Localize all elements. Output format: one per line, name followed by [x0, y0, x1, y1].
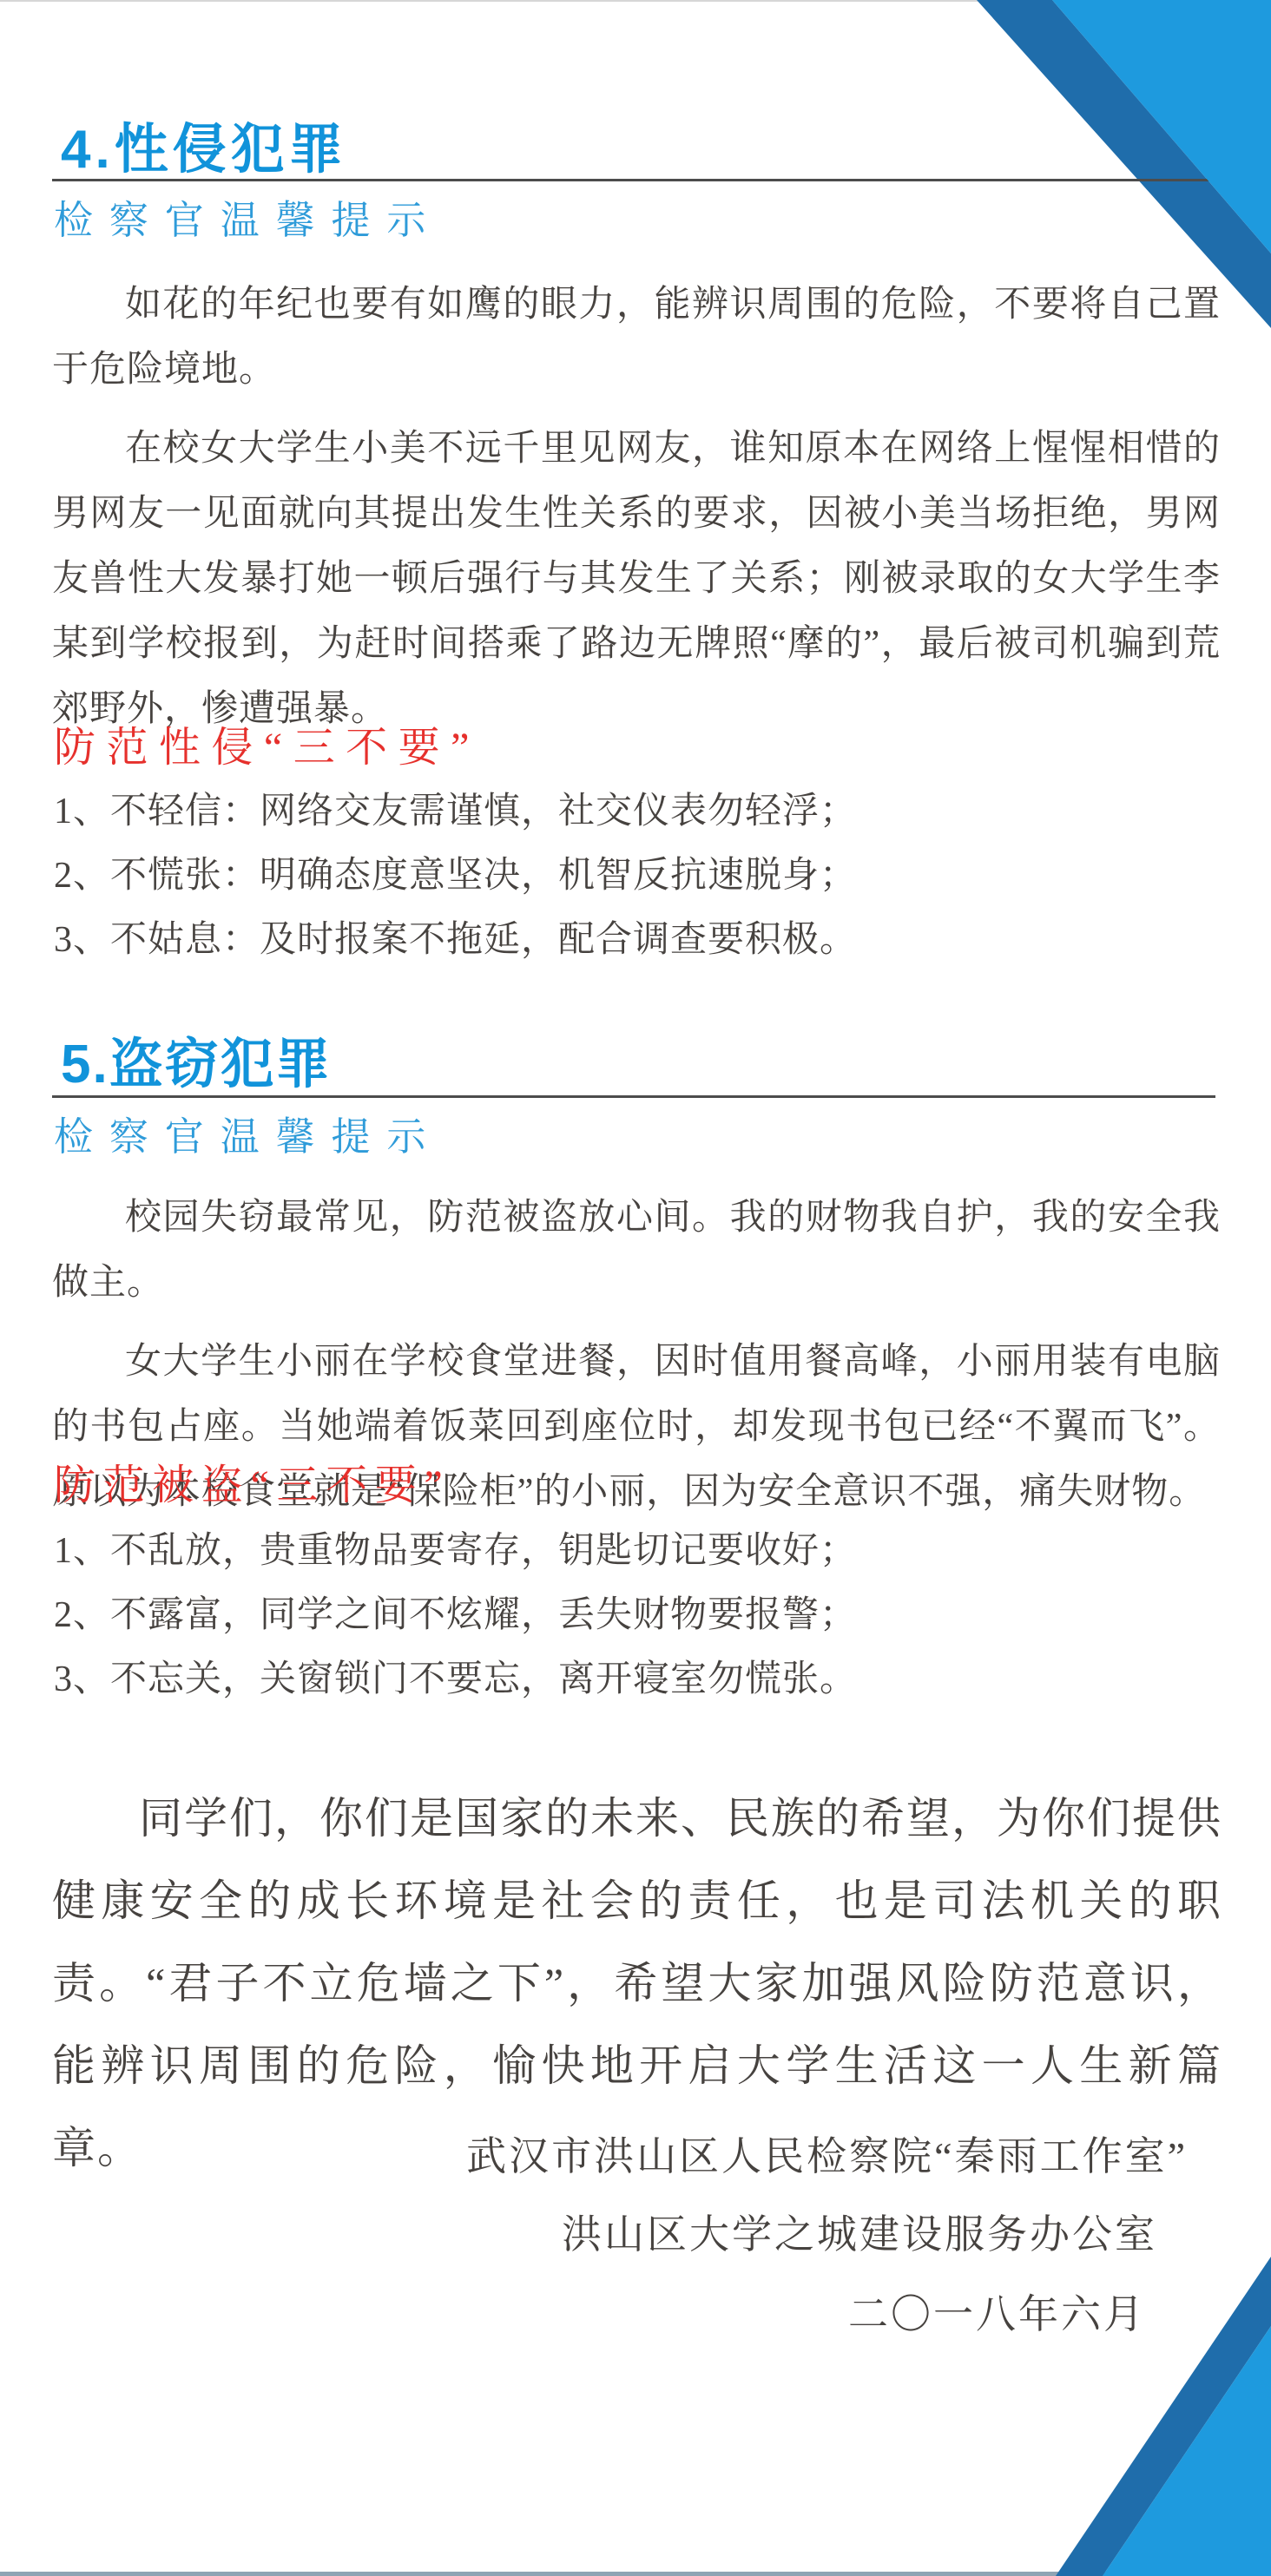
paragraph: 在校女大学生小美不远千里见网友，谁知原本在网络上惺惺相惜的男网友一见面就向其提出…: [52, 417, 1221, 742]
section5-tip-label: 检察官温馨提示: [54, 1114, 442, 1160]
signature-org-line1: 武汉市洪山区人民检察院“秦雨工作室”: [466, 2133, 1188, 2180]
paragraph: 校园失窃最常见，防范被盗放心间。我的财物我自护，我的安全我做主。: [52, 1186, 1221, 1316]
rule-item: 1、不轻信：网络交友需谨慎，社交仪表勿轻浮；: [54, 779, 1221, 844]
section4-tip-label: 检察官温馨提示: [54, 198, 442, 243]
section5-red-subheading: 防范被盗“三不要”: [54, 1462, 450, 1510]
rule-item: 1、不乱放，贵重物品要寄存，钥匙切记要收好；: [54, 1519, 1221, 1583]
rule-item: 2、不慌张：明确态度意坚决，机智反抗速脱身；: [54, 844, 1221, 908]
section5-title: 5.盗窃犯罪: [61, 1036, 332, 1094]
section4-rules-list: 1、不轻信：网络交友需谨慎，社交仪表勿轻浮； 2、不慌张：明确态度意坚决，机智反…: [54, 779, 1221, 972]
signature-date: 二〇一八年六月: [848, 2291, 1146, 2338]
corner-triangle-light-top-right: [964, 0, 1271, 347]
closing-message: 同学们，你们是国家的未来、民族的希望，为你们提供健康安全的成长环境是社会的责任，…: [52, 1778, 1222, 2190]
section4-title: 4.性侵犯罪: [61, 122, 347, 179]
section5-divider: [52, 1095, 1215, 1098]
leaflet-page: 4.性侵犯罪 检察官温馨提示 如花的年纪也要有如鹰的眼力，能辨识周围的危险，不要…: [0, 0, 1271, 2576]
rule-item: 2、不露富，同学之间不炫耀，丢失财物要报警；: [54, 1583, 1221, 1647]
corner-triangle-bottom-right: [998, 2222, 1271, 2576]
signature-org-line2: 洪山区大学之城建设服务办公室: [562, 2211, 1157, 2258]
rule-item: 3、不姑息：及时报案不拖延，配合调查要积极。: [54, 908, 1221, 972]
rule-item: 3、不忘关，关窗锁门不要忘，离开寝室勿慌张。: [54, 1647, 1221, 1712]
section5-rules-list: 1、不乱放，贵重物品要寄存，钥匙切记要收好； 2、不露富，同学之间不炫耀，丢失财…: [54, 1519, 1221, 1712]
section4-red-subheading: 防范性侵“三不要”: [54, 724, 480, 772]
closing-paragraph: 同学们，你们是国家的未来、民族的希望，为你们提供健康安全的成长环境是社会的责任，…: [52, 1778, 1222, 2190]
